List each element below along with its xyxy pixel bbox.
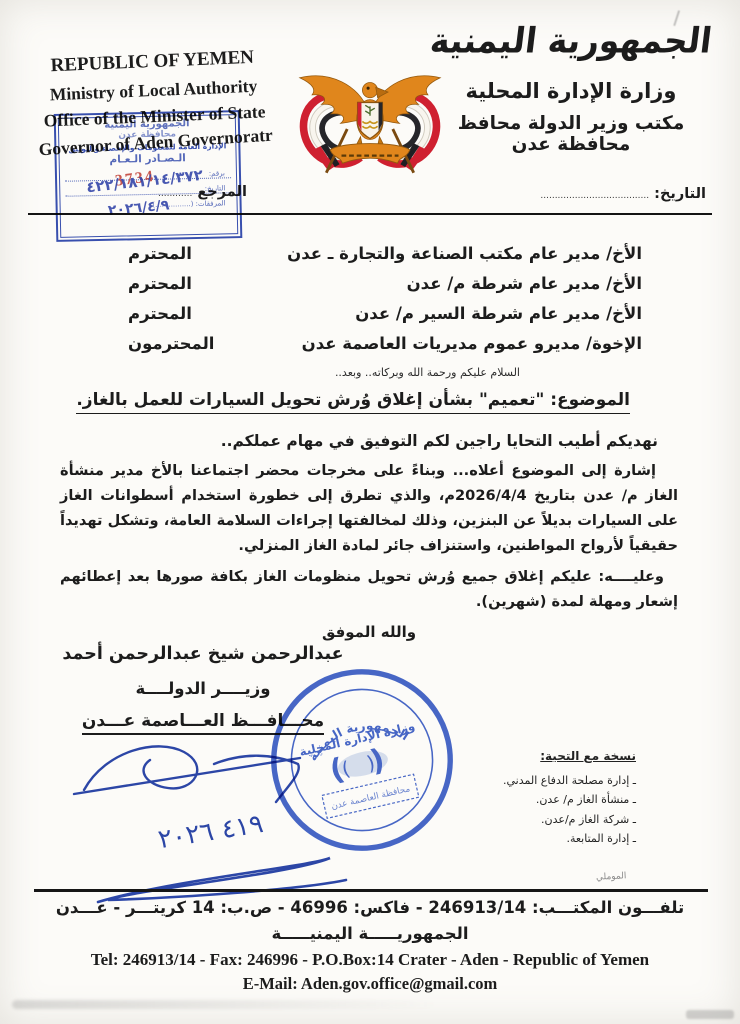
cc-item: ـ منشأة الغاز م/ عدن. — [478, 790, 636, 809]
recipient-honorific: المحترم — [128, 304, 192, 323]
directive-lead: وعليــــه: — [598, 568, 664, 585]
signer-name: عبدالرحمن شيخ عبدالرحمن أحمد — [52, 644, 354, 664]
recipients-list: الأخ/ مدير عام مكتب الصناعة والتجارة ـ ع… — [128, 244, 642, 364]
registry-stamp: الجمهورية اليمنية محافظة عدن الإدارة الع… — [54, 110, 243, 242]
recipient-row: الإخوة/ مديرو عموم مديريات العاصمة عدن ا… — [128, 334, 642, 353]
emblem-scroll — [330, 144, 410, 164]
directive-paragraph: وعليــــه: عليكم إغلاق جميع وُرش تحويل م… — [60, 564, 678, 614]
cc-item: ـ إدارة المتابعة. — [478, 829, 636, 848]
date-dotted-line: ...................................... — [540, 191, 649, 201]
cc-item: ـ شركة الغاز م/عدن. — [478, 810, 636, 829]
ministry-ar: وزارة الإدارة المحلية — [428, 79, 714, 103]
recipient-row: الأخ/ مدير عام شرطة السير م/ عدن المحترم — [128, 304, 642, 323]
cc-list: نسخة مع التحية: ـ إدارة مصلحة الدفاع الم… — [478, 746, 636, 848]
footer-contact-english: Tel: 246913/14 - Fax: 246996 - P.O.Box:1… — [0, 950, 740, 970]
office-ar: مكتب وزير الدولة محافظ محافظة عدن — [428, 113, 714, 155]
scanned-letter-page: REPUBLIC OF YEMEN Ministry of Local Auth… — [0, 0, 740, 1024]
scan-artifact — [686, 1010, 734, 1019]
footer-email: E-Mail: Aden.gov.office@gmail.com — [0, 974, 740, 994]
recipient-honorific: المحترمون — [128, 334, 214, 353]
footer-divider-line — [34, 889, 708, 892]
signature-handwritten-digits: ٤١٩ ٢٠٢٦ — [156, 809, 265, 855]
yemen-eagle-emblem — [294, 56, 446, 204]
handwritten-reference-date: ٢٠٢٦/٤/٩ — [63, 193, 214, 223]
letterhead-arabic: الجمهورية اليمنية وزارة الإدارة المحلية … — [428, 20, 714, 155]
recipient-name: الأخ/ مدير عام مكتب الصناعة والتجارة ـ ع… — [287, 244, 642, 263]
footer-country-arabic: الجمهوريـــــة اليمنيـــــة — [0, 924, 740, 943]
subject-line: الموضوع: "تعميم" بشأن إغلاق وُرش تحويل ا… — [76, 390, 630, 410]
recipient-row: الأخ/ مدير عام شرطة م/ عدن المحترم — [128, 274, 642, 293]
scan-smudge — [12, 1000, 442, 1009]
closing-phrase: والله الموفق — [60, 623, 678, 641]
recipient-row: الأخ/ مدير عام مكتب الصناعة والتجارة ـ ع… — [128, 244, 642, 263]
recipient-honorific: المحترم — [128, 244, 192, 263]
footer-phone-arabic: تلفـــون المكتـــب: 246913/14 - فاكس: 46… — [0, 898, 740, 917]
directive-text: عليكم إغلاق جميع وُرش تحويل منظومات الغا… — [60, 568, 678, 610]
cc-item: ـ إدارة مصلحة الدفاع المدني. — [478, 771, 636, 790]
date-field: التاريخ: ...............................… — [456, 186, 706, 202]
date-label: التاريخ: — [654, 186, 706, 202]
salutation: السلام عليكم ورحمة الله وبركاته.. وبعد.. — [335, 366, 520, 379]
recipient-honorific: المحترم — [128, 274, 192, 293]
ministry-round-stamp: الجمهورية اليمنية وزارة الإدارة المحلية … — [264, 662, 460, 858]
body-paragraph: إشارة إلى الموضوع أعلاه... وبناءً على مخ… — [60, 458, 678, 558]
recipient-name: الإخوة/ مديرو عموم مديريات العاصمة عدن — [302, 334, 642, 353]
clerk-initials: الموملي — [596, 871, 627, 883]
greeting-line: نهديكم أطيب التحايا راجين لكم التوفيق في… — [60, 432, 658, 450]
recipient-name: الأخ/ مدير عام شرطة السير م/ عدن — [355, 304, 642, 323]
letter-body: نهديكم أطيب التحايا راجين لكم التوفيق في… — [60, 432, 678, 641]
recipient-name: الأخ/ مدير عام شرطة م/ عدن — [407, 274, 642, 293]
cc-heading: نسخة مع التحية: — [478, 746, 636, 767]
